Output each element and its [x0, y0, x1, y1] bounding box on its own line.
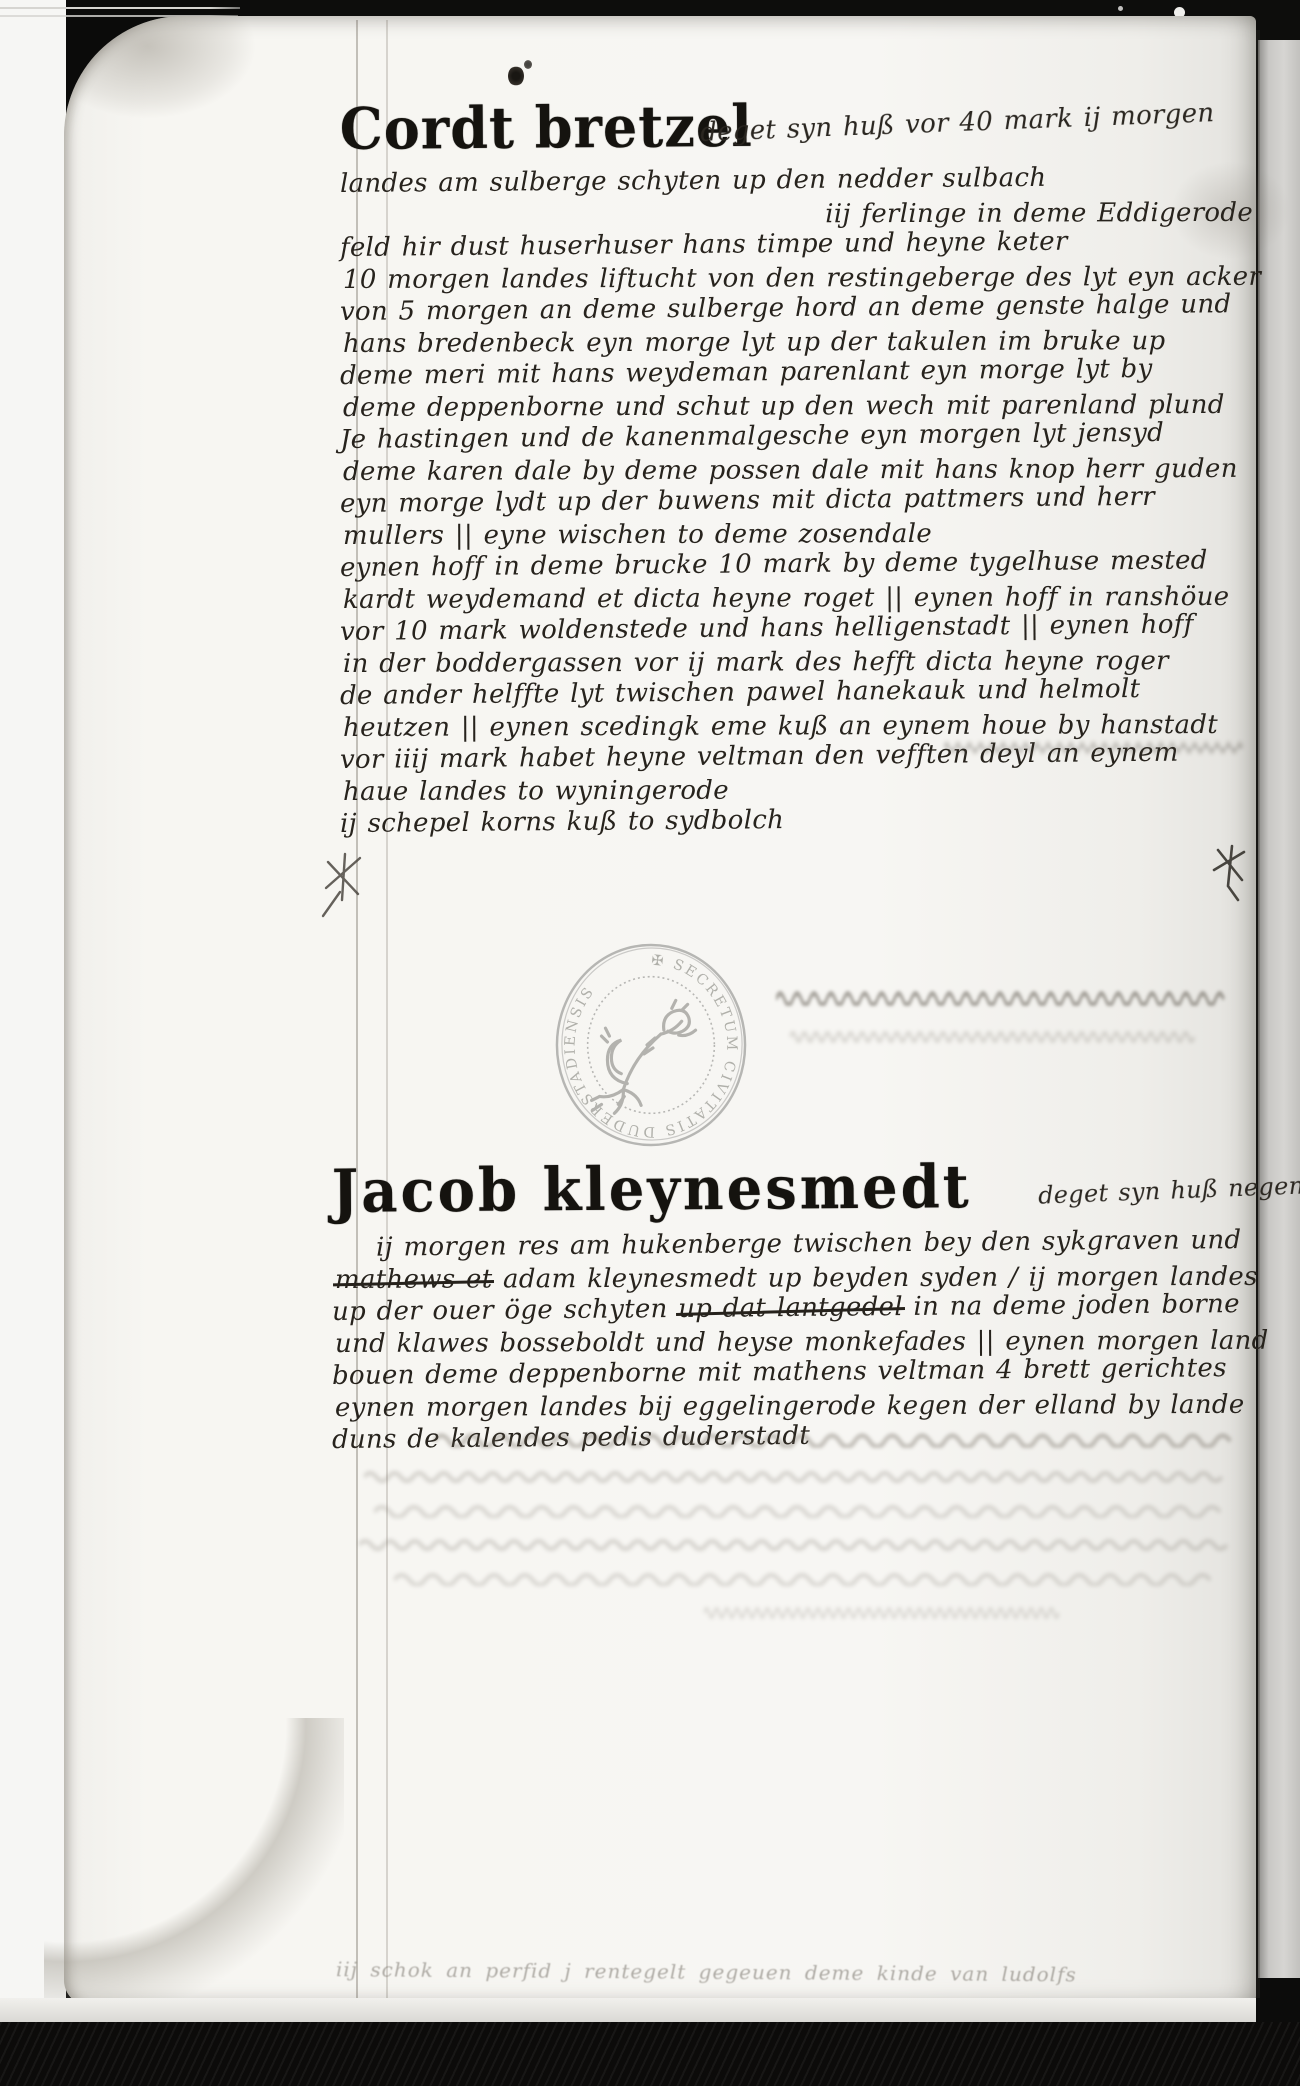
manuscript-line: ij schepel korns kuß to sydbolch — [340, 800, 1250, 840]
ink-blot — [508, 66, 524, 86]
manuscript-line: feld hir dust huserhuser hans timpe und … — [340, 224, 1250, 264]
entry-cordt-bretzel: Cordt bretzel deget syn huß vor 40 mark … — [340, 94, 1250, 840]
manuscript-scan: Cordt bretzel deget syn huß vor 40 mark … — [0, 0, 1300, 2086]
entry-body: ij morgen res am hukenberge twischen bey… — [332, 1232, 1252, 1456]
manuscript-line: deme meri mit hans weydeman parenlant ey… — [340, 352, 1250, 392]
manuscript-line: eyn morge lydt up der buwens mit dicta p… — [340, 480, 1250, 520]
city-seal-stamp: ✠ SECRETUM CIVITATIS DUDERSTADIENSIS — [552, 938, 750, 1152]
manuscript-line: up der ouer öge schyten up dat lantgedel… — [332, 1288, 1252, 1328]
manuscript-line: von 5 morgen an deme sulberge hord an de… — [340, 288, 1250, 328]
manuscript-line: Je hastingen und de kanenmalgesche eyn m… — [340, 416, 1250, 456]
manuscript-line: ij morgen res am hukenberge twischen bey… — [332, 1224, 1252, 1264]
adjacent-page-edge — [1258, 40, 1300, 1996]
manuscript-line: vor 10 mark woldenstede und hans hellige… — [340, 608, 1250, 648]
manuscript-line: eynen hoff in deme brucke 10 mark by dem… — [340, 544, 1250, 584]
manuscript-line: de ander helffte lyt twischen pawel hane… — [340, 672, 1250, 712]
ghost-writing-line — [359, 1536, 1239, 1552]
ghost-writing-line — [364, 1468, 1234, 1484]
scan-left-margin — [0, 0, 66, 2020]
manuscript-page: Cordt bretzel deget syn huß vor 40 mark … — [64, 16, 1256, 2006]
underlying-page-edge — [0, 7, 240, 9]
manuscript-line: landes am sulberge schyten up den nedder… — [340, 160, 1250, 200]
ghost-writing-line — [790, 1028, 1200, 1044]
seal-lion-rampant — [592, 1000, 696, 1113]
ghost-writing-line — [704, 1604, 1064, 1620]
water-stain — [44, 1718, 344, 2018]
entry-jacob-kleynesmedt: Jacob kleynesmedt deget syn huß negensti… — [332, 1156, 1252, 1456]
collation-x-mark — [318, 850, 370, 922]
entry-sublines: landes am sulberge schyten up den nedder… — [340, 168, 1250, 232]
dust-speck — [1118, 6, 1123, 11]
scan-bottom-background — [0, 2022, 1300, 2086]
ghost-writing-line — [944, 738, 1244, 754]
page-bottom-edge — [0, 1998, 1256, 2024]
footer-annotation: iij schok an perfid j rentegelt gegeuen … — [336, 1957, 1156, 1987]
ghost-writing-line — [374, 1502, 1224, 1518]
ghost-writing-line — [434, 1430, 1234, 1448]
ghost-writing-line — [776, 988, 1226, 1006]
edge-ink-mark — [1208, 840, 1248, 906]
ghost-writing-line — [394, 1570, 1214, 1586]
manuscript-line: bouen deme deppenborne mit mathens veltm… — [332, 1352, 1252, 1392]
ink-blot — [524, 60, 532, 69]
